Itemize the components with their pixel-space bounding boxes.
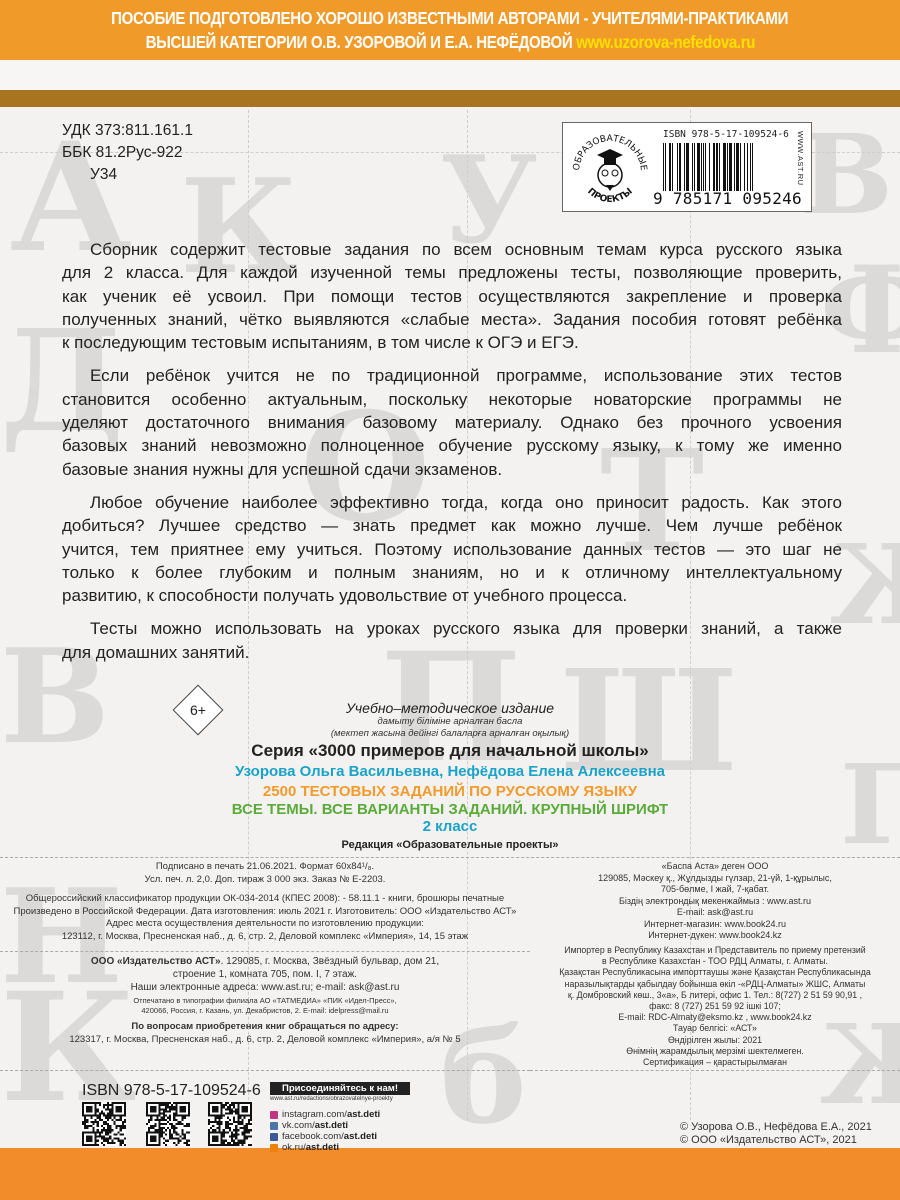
qr-code[interactable] <box>146 1102 190 1146</box>
info-line: Интернет-магазин: www.book24.ru <box>530 919 900 931</box>
info-line: Интернет-дүкен: www.book24.kz <box>530 930 900 942</box>
text-line: для домашних занятий. <box>62 641 842 664</box>
info-line: Қазақстан Республикасына импорттаушы жән… <box>530 967 900 978</box>
production-address: 123112, г. Москва, Пресненская наб., д. … <box>0 931 530 944</box>
kz-publisher-info: «Баспа Аста» деген ООО129085, Мәскеу қ.,… <box>530 861 900 942</box>
book-subtitle: ВСЕ ТЕМЫ. ВСЕ ВАРИАНТЫ ЗАДАНИЙ. КРУПНЫЙ … <box>0 801 900 818</box>
brown-strip <box>0 90 900 107</box>
text-line: Сборник содержит тестовые задания по все… <box>62 238 842 261</box>
info-line: E-mail: RDC-Almaty@eksmo.kz , www.book24… <box>530 1012 900 1023</box>
ok-icon <box>270 1144 278 1152</box>
purchase-address: 123317, г. Москва, Пресненская наб., д. … <box>0 1034 530 1047</box>
author-mark: У34 <box>62 164 193 186</box>
publisher-logo-icon: ОБРАЗОВАТЕЛЬНЫЕ ПРОЕКТЫ <box>569 127 651 209</box>
separator <box>0 1070 530 1071</box>
paragraph: Если ребёнок учится не по традиционной п… <box>62 364 842 480</box>
printed-by: Отпечатано в типографии филиала АО «ТАТМ… <box>0 996 530 1006</box>
authors: Узорова Ольга Васильевна, Нефёдова Елена… <box>0 763 900 780</box>
banner-line-1: ПОСОБИЕ ПОДГОТОВЛЕНО ХОРОШО ИЗВЕСТНЫМИ А… <box>112 6 789 30</box>
paragraph: Сборник содержит тестовые задания по все… <box>62 238 842 354</box>
printer-address: 420066, Россия, г. Казань, ул. Декабрист… <box>0 1006 530 1016</box>
publisher-name: ООО «Издательство АСТ» <box>91 956 221 967</box>
vk-icon <box>270 1122 278 1130</box>
signed-date: Подписано в печать 21.06.2021. Формат 60… <box>0 861 530 874</box>
publisher-line: ООО «Издательство АСТ». 129085, г. Москв… <box>0 955 530 968</box>
banner-line-2: ВЫСШЕЙ КАТЕГОРИИ О.В. УЗОРОВОЙ И Е.А. НЕ… <box>145 30 754 54</box>
importer-info: Импортер в Республику Казахстан и Предст… <box>530 945 900 1068</box>
print-info: Подписано в печать 21.06.2021. Формат 60… <box>0 861 530 886</box>
vertical-url: WWW.AST.RU <box>796 131 805 186</box>
edition-type: Учебно–методическое издание <box>0 700 900 716</box>
purchase-info: По вопросам приобретения книг обращаться… <box>0 1021 530 1046</box>
classifier: Общероссийский классификатор продукции О… <box>0 893 530 906</box>
text-line: базовые знания нужны для успешной сдачи … <box>62 458 842 481</box>
text-line: для 2 класса. Для каждой изученной темы … <box>62 261 842 284</box>
banner-gap <box>0 60 900 90</box>
banner-url[interactable]: www.uzorova-nefedova.ru <box>576 32 755 52</box>
info-line: 705-бөлме, I жай, 7-қабат. <box>530 884 900 896</box>
edition-type-kz-2: (мектеп жасына дейінгі балаларға арналға… <box>0 728 900 739</box>
instagram-icon <box>270 1111 278 1119</box>
text-line: развитию, к способности получать удоволь… <box>62 584 842 607</box>
text-line: только к более глубоким и полным знаниям… <box>62 561 842 584</box>
text-line: уделяют достаточного внимания базовому м… <box>62 411 842 434</box>
barcode <box>663 143 791 191</box>
join-us-banner: Присоединяйтесь к нам! <box>270 1082 410 1095</box>
purchase-label: По вопросам приобретения книг обращаться… <box>0 1021 530 1034</box>
age-rating: 6+ <box>180 702 216 718</box>
publisher-info: ООО «Издательство АСТ». 129085, г. Москв… <box>0 955 530 994</box>
info-line: наразылықтарды қабылдау бойынша өкіл -«Р… <box>530 979 900 990</box>
qr-code[interactable] <box>82 1102 126 1146</box>
facebook-icon <box>270 1133 278 1141</box>
info-line: Өнімнің жарамдылық мерзімі шектелмеген. <box>530 1046 900 1057</box>
text-line: как ученик её усвоил. При помощи тестов … <box>62 285 842 308</box>
social-link[interactable]: instagram.com/ast.deti <box>270 1109 380 1120</box>
manufacture-info: Общероссийский классификатор продукции О… <box>0 893 530 943</box>
info-line: қ. Домбровский көш., 3«а», Б литері, офи… <box>530 990 900 1001</box>
social-link[interactable]: facebook.com/ast.deti <box>270 1131 377 1142</box>
isbn: ISBN 978-5-17-109524-6 <box>82 1082 261 1100</box>
publisher-address-2: строение 1, комната 705, пом. I, 7 этаж. <box>0 968 530 981</box>
barcode-box: ОБРАЗОВАТЕЛЬНЫЕ ПРОЕКТЫ ISBN 978-5-17-10… <box>562 122 812 212</box>
paragraph: Любое обучение наиболее эффективно тогда… <box>62 491 842 607</box>
paragraph: Тесты можно использовать на уроках русск… <box>62 617 842 664</box>
info-line: Өндірілген жылы: 2021 <box>530 1035 900 1046</box>
social-link[interactable]: vk.com/ast.deti <box>270 1120 348 1131</box>
publisher-emails: Наши электронные адреса: www.ast.ru; e-m… <box>0 981 530 994</box>
info-line: Тауар белгісі: «АСТ» <box>530 1023 900 1034</box>
isbn-barcode-label: ISBN 978-5-17-109524-6 <box>663 129 789 140</box>
print-run: Усл. печ. л. 2,0. Доп. тираж 3 000 экз. … <box>0 874 530 887</box>
copyright-authors: © Узорова О.В., Нефёдова Е.А., 2021 <box>680 1121 872 1133</box>
banner-authors: ВЫСШЕЙ КАТЕГОРИИ О.В. УЗОРОВОЙ И Е.А. НЕ… <box>145 32 572 52</box>
udk-code: УДК 373:811.161.1 <box>62 120 193 142</box>
bbk-code: ББК 81.2Рус-922 <box>62 142 193 164</box>
separator <box>0 857 900 858</box>
description: Сборник содержит тестовые задания по все… <box>62 238 842 674</box>
text-line: базовых знаний невозможно полноценное об… <box>62 434 842 457</box>
separator <box>0 951 530 952</box>
info-line: в Республике Казахстан - ТОО РДЦ Алматы,… <box>530 956 900 967</box>
info-line: Біздің электрондық мекенжаймыз : www.ast… <box>530 896 900 908</box>
bottom-band <box>0 1148 900 1200</box>
text-line: Если ребёнок учится не по традиционной п… <box>62 364 842 387</box>
text-line: добиться? Лучшее средство — знать предме… <box>62 514 842 537</box>
social-link[interactable]: ok.ru/ast.deti <box>270 1142 339 1153</box>
redaction: Редакция «Образовательные проекты» <box>0 839 900 851</box>
qr-code[interactable] <box>208 1102 252 1146</box>
book-title: 2500 ТЕСТОВЫХ ЗАДАНИЙ ПО РУССКОМУ ЯЗЫКУ <box>0 783 900 800</box>
produced-in: Произведено в Российской Федерации. Дата… <box>0 906 530 919</box>
info-line: факс: 8 (727) 251 59 92 ішкі 107; <box>530 1001 900 1012</box>
printing-info: Отпечатано в типографии филиала АО «ТАТМ… <box>0 996 530 1016</box>
info-line: «Баспа Аста» деген ООО <box>530 861 900 873</box>
text-line: Любое обучение наиболее эффективно тогда… <box>62 491 842 514</box>
join-url[interactable]: www.ast.ru/redactions/obrazovatelnye-pro… <box>270 1096 393 1102</box>
text-line: полученных знаний, чётко выявляются «сла… <box>62 308 842 331</box>
text-line: Тесты можно использовать на уроках русск… <box>62 617 842 640</box>
edition-type-kz: дамыту біліміне арналған басла <box>0 716 900 727</box>
text-line: к последующим тестовым испытаниям, в том… <box>62 331 842 354</box>
series-title: Серия «3000 примеров для начальной школы… <box>0 741 900 761</box>
copyright-publisher: © ООО «Издательство АСТ», 2021 <box>680 1134 857 1146</box>
text-line: учится, тем приятнее ему учиться. Поэтом… <box>62 538 842 561</box>
classification-block: УДК 373:811.161.1 ББК 81.2Рус-922 У34 <box>62 120 193 186</box>
info-line: Импортер в Республику Казахстан и Предст… <box>530 945 900 956</box>
barcode-number: 9 785171 095246 <box>653 189 802 208</box>
info-line: 129085, Мәскеу қ., Жұлдызды гүлзар, 21-ү… <box>530 873 900 885</box>
separator <box>530 1070 900 1071</box>
top-banner: ПОСОБИЕ ПОДГОТОВЛЕНО ХОРОШО ИЗВЕСТНЫМИ А… <box>0 0 900 60</box>
grade: 2 класс <box>0 818 900 835</box>
text-line: становится особенно актуальным, поскольк… <box>62 388 842 411</box>
address-label: Адрес места осуществления деятельности п… <box>0 918 530 931</box>
info-line: Сертификация – қарастырылмаған <box>530 1057 900 1068</box>
info-line: E-mail: ask@ast.ru <box>530 907 900 919</box>
